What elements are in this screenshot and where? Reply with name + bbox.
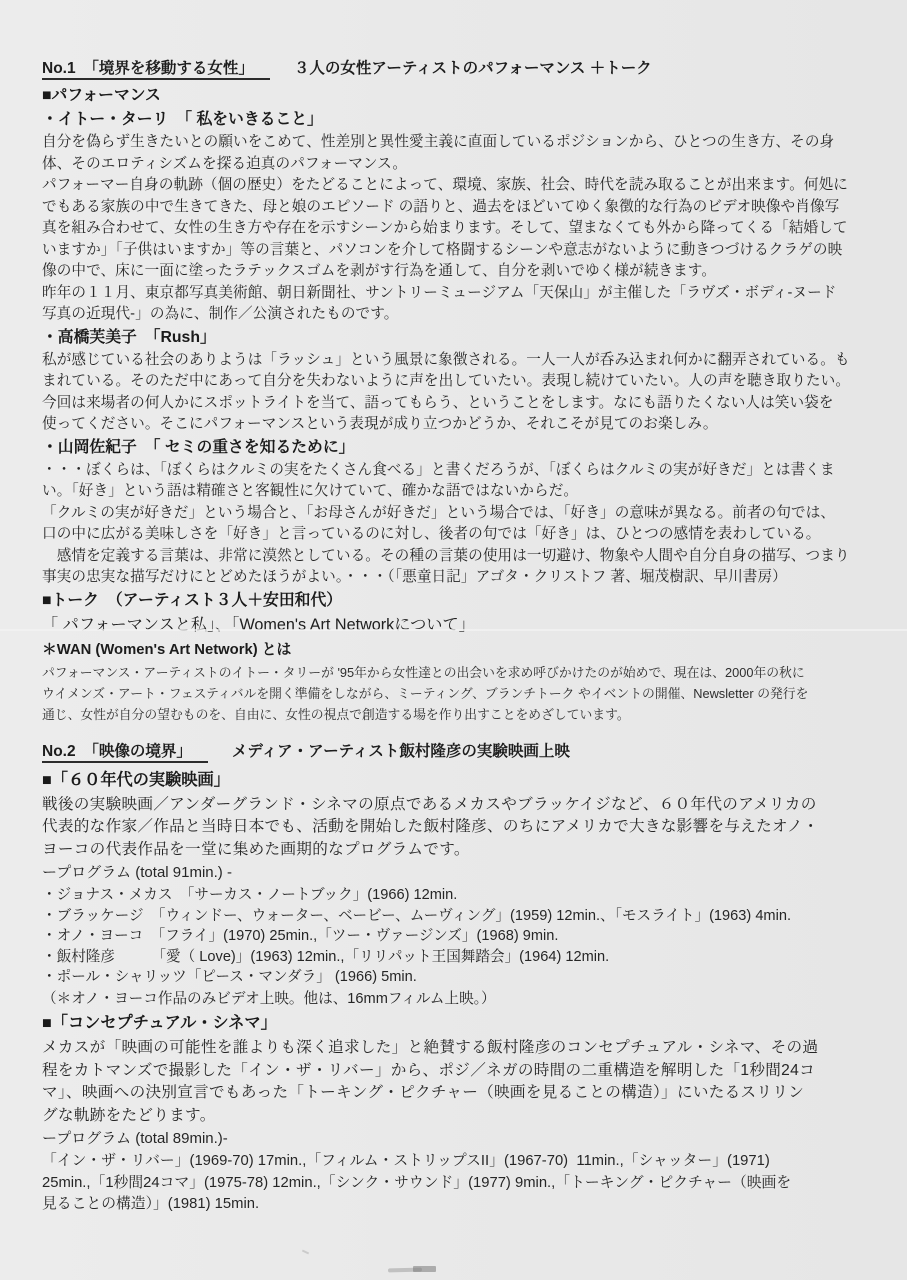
sixties-heading-line: ■「６０年代の実験映画」 — [42, 767, 879, 794]
wan-description-line: パフォーマンス・アーティストのイトー・タリーが '95年から女性達との出会いを求… — [42, 662, 879, 683]
conceptual-heading-line: ■「コンセプチュアル・シネマ」 — [42, 1010, 879, 1037]
section2-title: No.2 「映像の境界」メディア・アーティスト飯村隆彦の実験映画上映 — [42, 739, 879, 765]
yamaoka-description-line: 感情を定義する言葉は、非常に漠然としている。その種の言葉の使用は一切避け、物象や… — [42, 546, 879, 568]
section1-title-underlined: No.1 「境界を移動する女性」 — [42, 60, 270, 80]
program2-item-line: 25min.,「1秒間24コマ」(1975-78) 12min.,「シンク・サウ… — [42, 1173, 879, 1195]
program1-note-line: （＊オノ・ヨーコ作品のみビデオ上映。他は、16mmフィルム上映。） — [42, 988, 879, 1011]
scan-streak-artifact — [0, 629, 907, 631]
talk-titles-line: 「 パフォーマンスと私」、「Women's Art Networkについて」 — [42, 613, 879, 638]
program1-item-line: ・ブラッケージ 「ウィンドー、ウォーター、ベービー、ムーヴィング」(1959) … — [42, 906, 879, 927]
ito-description-line: いますか」「子供はいますか」等の言葉と、パソコンを介して格闘するシーンや意志がな… — [42, 240, 879, 262]
section2-title-subtitle: メディア・アーティスト飯村隆彦の実験映画上映 — [232, 743, 570, 760]
section-gap — [42, 725, 879, 739]
scanned-document-page: No.1 「境界を移動する女性」３人の女性アーティストのパフォーマンス ＋トーク… — [0, 0, 907, 1280]
wan-description-line: 通じ、女性が自分の望むものを、自由に、女性の視点で創造する場を作り出すことをめざ… — [42, 704, 879, 725]
ito-history-line: 写真の近現代-」の為に、制作／公演されたものです。 — [42, 304, 879, 326]
ito-history-line: 昨年の１１月、東京都写真美術館、朝日新聞社、サントリーミュージアム「天保山」が主… — [42, 283, 879, 305]
ito-description-line: パフォーマー自身の軌跡（個の歴史）をたどることによって、環境、家族、社会、時代を… — [42, 175, 879, 197]
wan-description-line: ウイメンズ・アート・フェスティバルを開く準備をしながら、ミーティング、ブランチト… — [42, 683, 879, 704]
conceptual-description-line: メカスが「映画の可能性を誰よりも深く追求した」と絶賛する飯村隆彦のコンセプチュア… — [42, 1037, 879, 1060]
talk-heading-line: ■トーク （アーティスト３人＋安田和代） — [42, 589, 879, 613]
takahashi-description-line: 使ってください。そこにパフォーマンスという表現が成り立つかどうか、それこそが見て… — [42, 414, 879, 436]
program2-item-line: 「イン・ザ・リバー」(1969-70) 17min.,「フィルム・ストリップスI… — [42, 1151, 879, 1173]
yamaoka-description-line: 口の中に広がる美味しさを「好き」と言っているのに対し、後者の句では「好き」は、ひ… — [42, 524, 879, 546]
performance-heading-line: ■パフォーマンス — [42, 84, 879, 108]
conceptual-description-line: マ」、映画への決別宣言でもあった「トーキング・ピクチャー（映画を見ることの構造）… — [42, 1082, 879, 1105]
ito-description-line: 像の中で、床に一面に塗ったラテックスゴムを剥がす行為を通して、自分を剥いでゆく様… — [42, 261, 879, 283]
document-content: No.1 「境界を移動する女性」３人の女性アーティストのパフォーマンス ＋トーク… — [42, 56, 879, 1216]
conceptual-description-line: グな軌跡をたどります。 — [42, 1105, 879, 1128]
artist-yamaoka-line: ・山岡佐紀子 「 セミの重さを知るために」 — [42, 436, 879, 460]
artist-ito-tari-line: ・イトー・ターリ 「 私をいきること」 — [42, 108, 879, 132]
conceptual-description-line: 程をカトマンズで撮影した「イン・ザ・リバー」から、ポジ／ネガの時間の二重構造を解… — [42, 1060, 879, 1083]
program2-item-line: 見ることの構造）」(1981) 15min. — [42, 1194, 879, 1216]
ito-description-line: 真を組み合わせて、女性の生き方や存在を示すシーンから始まります。そして、望まなく… — [42, 218, 879, 240]
sixties-description-line: ヨーコの代表作品を一堂に集めた画期的なプログラムです。 — [42, 839, 879, 862]
program1-item-line: ・オノ・ヨーコ 「フライ」(1970) 25min.,「ツー・ヴァージンズ」(1… — [42, 926, 879, 947]
bottom-smudge-artifact — [413, 1266, 436, 1272]
yamaoka-description-line: 「クルミの実が好きだ」という場合と、「お母さんが好きだ」という場合では、「好き」… — [42, 503, 879, 525]
program1-item-line: ・ポール・シャリッツ「ピース・マンダラ」 (1966) 5min. — [42, 967, 879, 988]
sixties-description-line: 戦後の実験映画／アンダーグランド・シネマの原点であるメカスやブラッケイジなど、６… — [42, 794, 879, 817]
program1-item-line: ・飯村隆彦 「愛（ Love)」(1963) 12min.,「リリパット王国舞踏… — [42, 947, 879, 968]
ito-intro-line: 体、そのエロティシズムを探る迫真のパフォーマンス。 — [42, 154, 879, 176]
takahashi-description-line: 今回は来場者の何人かにスポットライトを当て、語ってもらう、ということをします。な… — [42, 393, 879, 415]
takahashi-description-line: まれている。そのただ中にあって自分を失わないように声を出していたい。表現し続けて… — [42, 371, 879, 393]
artist-takahashi-line: ・高橋芙美子 「Rush」 — [42, 326, 879, 350]
section1-title-subtitle: ３人の女性アーティストのパフォーマンス ＋トーク — [294, 60, 652, 77]
section2-title-underlined: No.2 「映像の境界」 — [42, 743, 208, 763]
program2-header-line: ープログラム (total 89min.)- — [42, 1127, 879, 1151]
takahashi-description-line: 私が感じている社会のありようは「ラッシュ」という風景に象徴される。一人一人が呑み… — [42, 350, 879, 372]
yamaoka-description-line: 事実の忠実な描写だけにとどめたほうがよい。・・・（「悪童日記」アゴタ・クリストフ… — [42, 567, 879, 589]
wan-heading-line: ＊WAN (Women's Art Network) とは — [42, 638, 879, 662]
ito-intro-line: 自分を偽らず生きたいとの願いをこめて、性差別と異性愛主義に直面しているポジション… — [42, 132, 879, 154]
ito-description-line: でもある家族の中で生きてきた、母と娘のエピソード の語りと、過去をほどいてゆく象… — [42, 197, 879, 219]
yamaoka-description-line: い。「好き」という語は精確さと客観性に欠けていて、確かな語ではないからだ。 — [42, 481, 879, 503]
section1-title: No.1 「境界を移動する女性」３人の女性アーティストのパフォーマンス ＋トーク — [42, 56, 879, 82]
program1-header-line: ープログラム (total 91min.) - — [42, 861, 879, 885]
sixties-description-line: 代表的な作家／作品と当時日本でも、活動を開始した飯村隆彦、のちにアメリカで大きな… — [42, 816, 879, 839]
yamaoka-description-line: ・・・ぼくらは、「ぼくらはクルミの実をたくさん食べる」と書くだろうが、「ぼくらは… — [42, 460, 879, 482]
program1-item-line: ・ジョナス・メカス 「サーカス・ノートブック」(1966) 12min. — [42, 885, 879, 906]
